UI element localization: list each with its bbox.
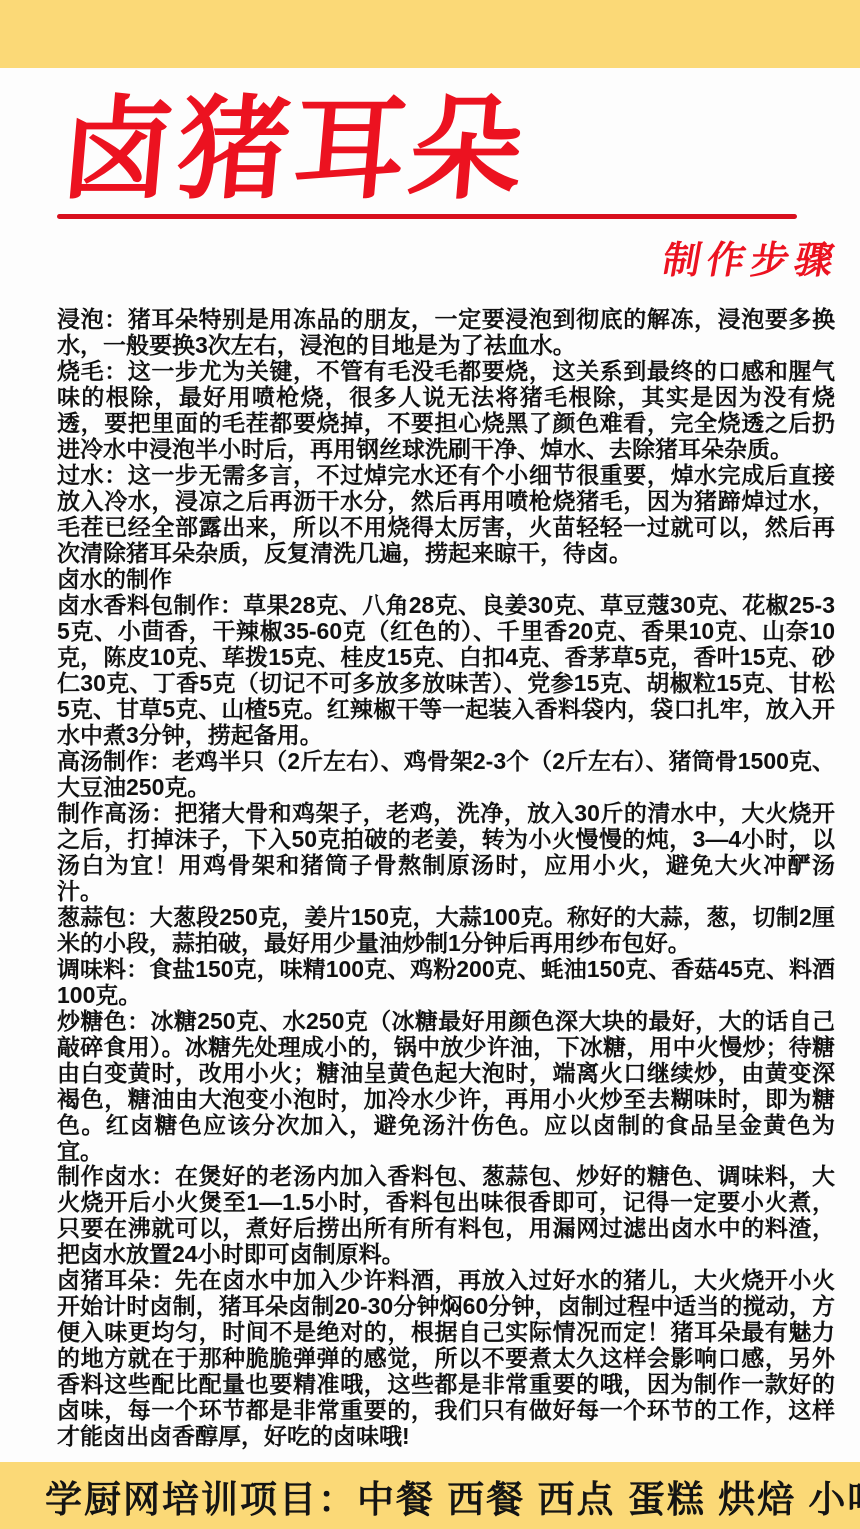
recipe-paragraph: 葱蒜包：大葱段250克，姜片150克，大蒜100克。称好的大蒜，葱，切制2厘米的… <box>57 904 835 956</box>
top-yellow-banner <box>0 0 860 68</box>
recipe-paragraph: 高汤制作：老鸡半只（2斤左右）、鸡骨架2-3个（2斤左右）、猪筒骨1500克、大… <box>57 748 835 800</box>
title-underline-divider <box>57 214 797 219</box>
recipe-poster: 卤猪耳朵 制作步骤 浸泡：猪耳朵特别是用冻品的朋友，一定要浸泡到彻底的解冻，浸泡… <box>0 0 860 1529</box>
page-title: 卤猪耳朵 <box>57 94 845 206</box>
recipe-paragraph: 浸泡：猪耳朵特别是用冻品的朋友，一定要浸泡到彻底的解冻，浸泡要多换水，一般要换3… <box>57 306 835 358</box>
recipe-paragraph: 制作高汤：把猪大骨和鸡架子，老鸡，洗净，放入30斤的清水中，大火烧开之后，打掉沫… <box>57 800 835 904</box>
recipe-paragraph: 过水：这一步无需多言，不过焯完水还有个小细节很重要，焯水完成后直接放入冷水，浸凉… <box>57 462 835 566</box>
recipe-text: 浸泡：猪耳朵特别是用冻品的朋友，一定要浸泡到彻底的解冻，浸泡要多换水，一般要换3… <box>57 306 835 1449</box>
recipe-paragraph: 调味料：食盐150克，味精100克、鸡粉200克、蚝油150克、香菇45克、料酒… <box>57 956 835 1008</box>
recipe-paragraph: 卤水香料包制作：草果28克、八角28克、良姜30克、草豆蔻30克、花椒25-35… <box>57 592 835 748</box>
recipe-paragraph: 烧毛：这一步尤为关键，不管有毛没毛都要烧，这关系到最终的口感和腥气味的根除，最好… <box>57 358 835 462</box>
recipe-paragraph: 卤猪耳朵：先在卤水中加入少许料酒，再放入过好水的猪儿，大火烧开小火开始计时卤制，… <box>57 1267 835 1449</box>
content-area: 卤猪耳朵 制作步骤 浸泡：猪耳朵特别是用冻品的朋友，一定要浸泡到彻底的解冻，浸泡… <box>0 68 860 1449</box>
page-subtitle: 制作步骤 <box>57 229 845 284</box>
footer-training-programs: 学厨网培训项目：中餐 西餐 西点 蛋糕 烘焙 小吃 <box>45 1469 860 1523</box>
footer-banner: 学厨网培训项目：中餐 西餐 西点 蛋糕 烘焙 小吃 <box>0 1462 860 1529</box>
recipe-paragraph: 卤水的制作 <box>57 566 835 592</box>
title-block: 卤猪耳朵 制作步骤 <box>57 68 835 284</box>
recipe-paragraph: 制作卤水：在煲好的老汤内加入香料包、葱蒜包、炒好的糖色、调味料，大火烧开后小火煲… <box>57 1163 835 1267</box>
recipe-paragraph: 炒糖色：冰糖250克、水250克（冰糖最好用颜色深大块的最好，大的话自己敲碎食用… <box>57 1008 835 1164</box>
